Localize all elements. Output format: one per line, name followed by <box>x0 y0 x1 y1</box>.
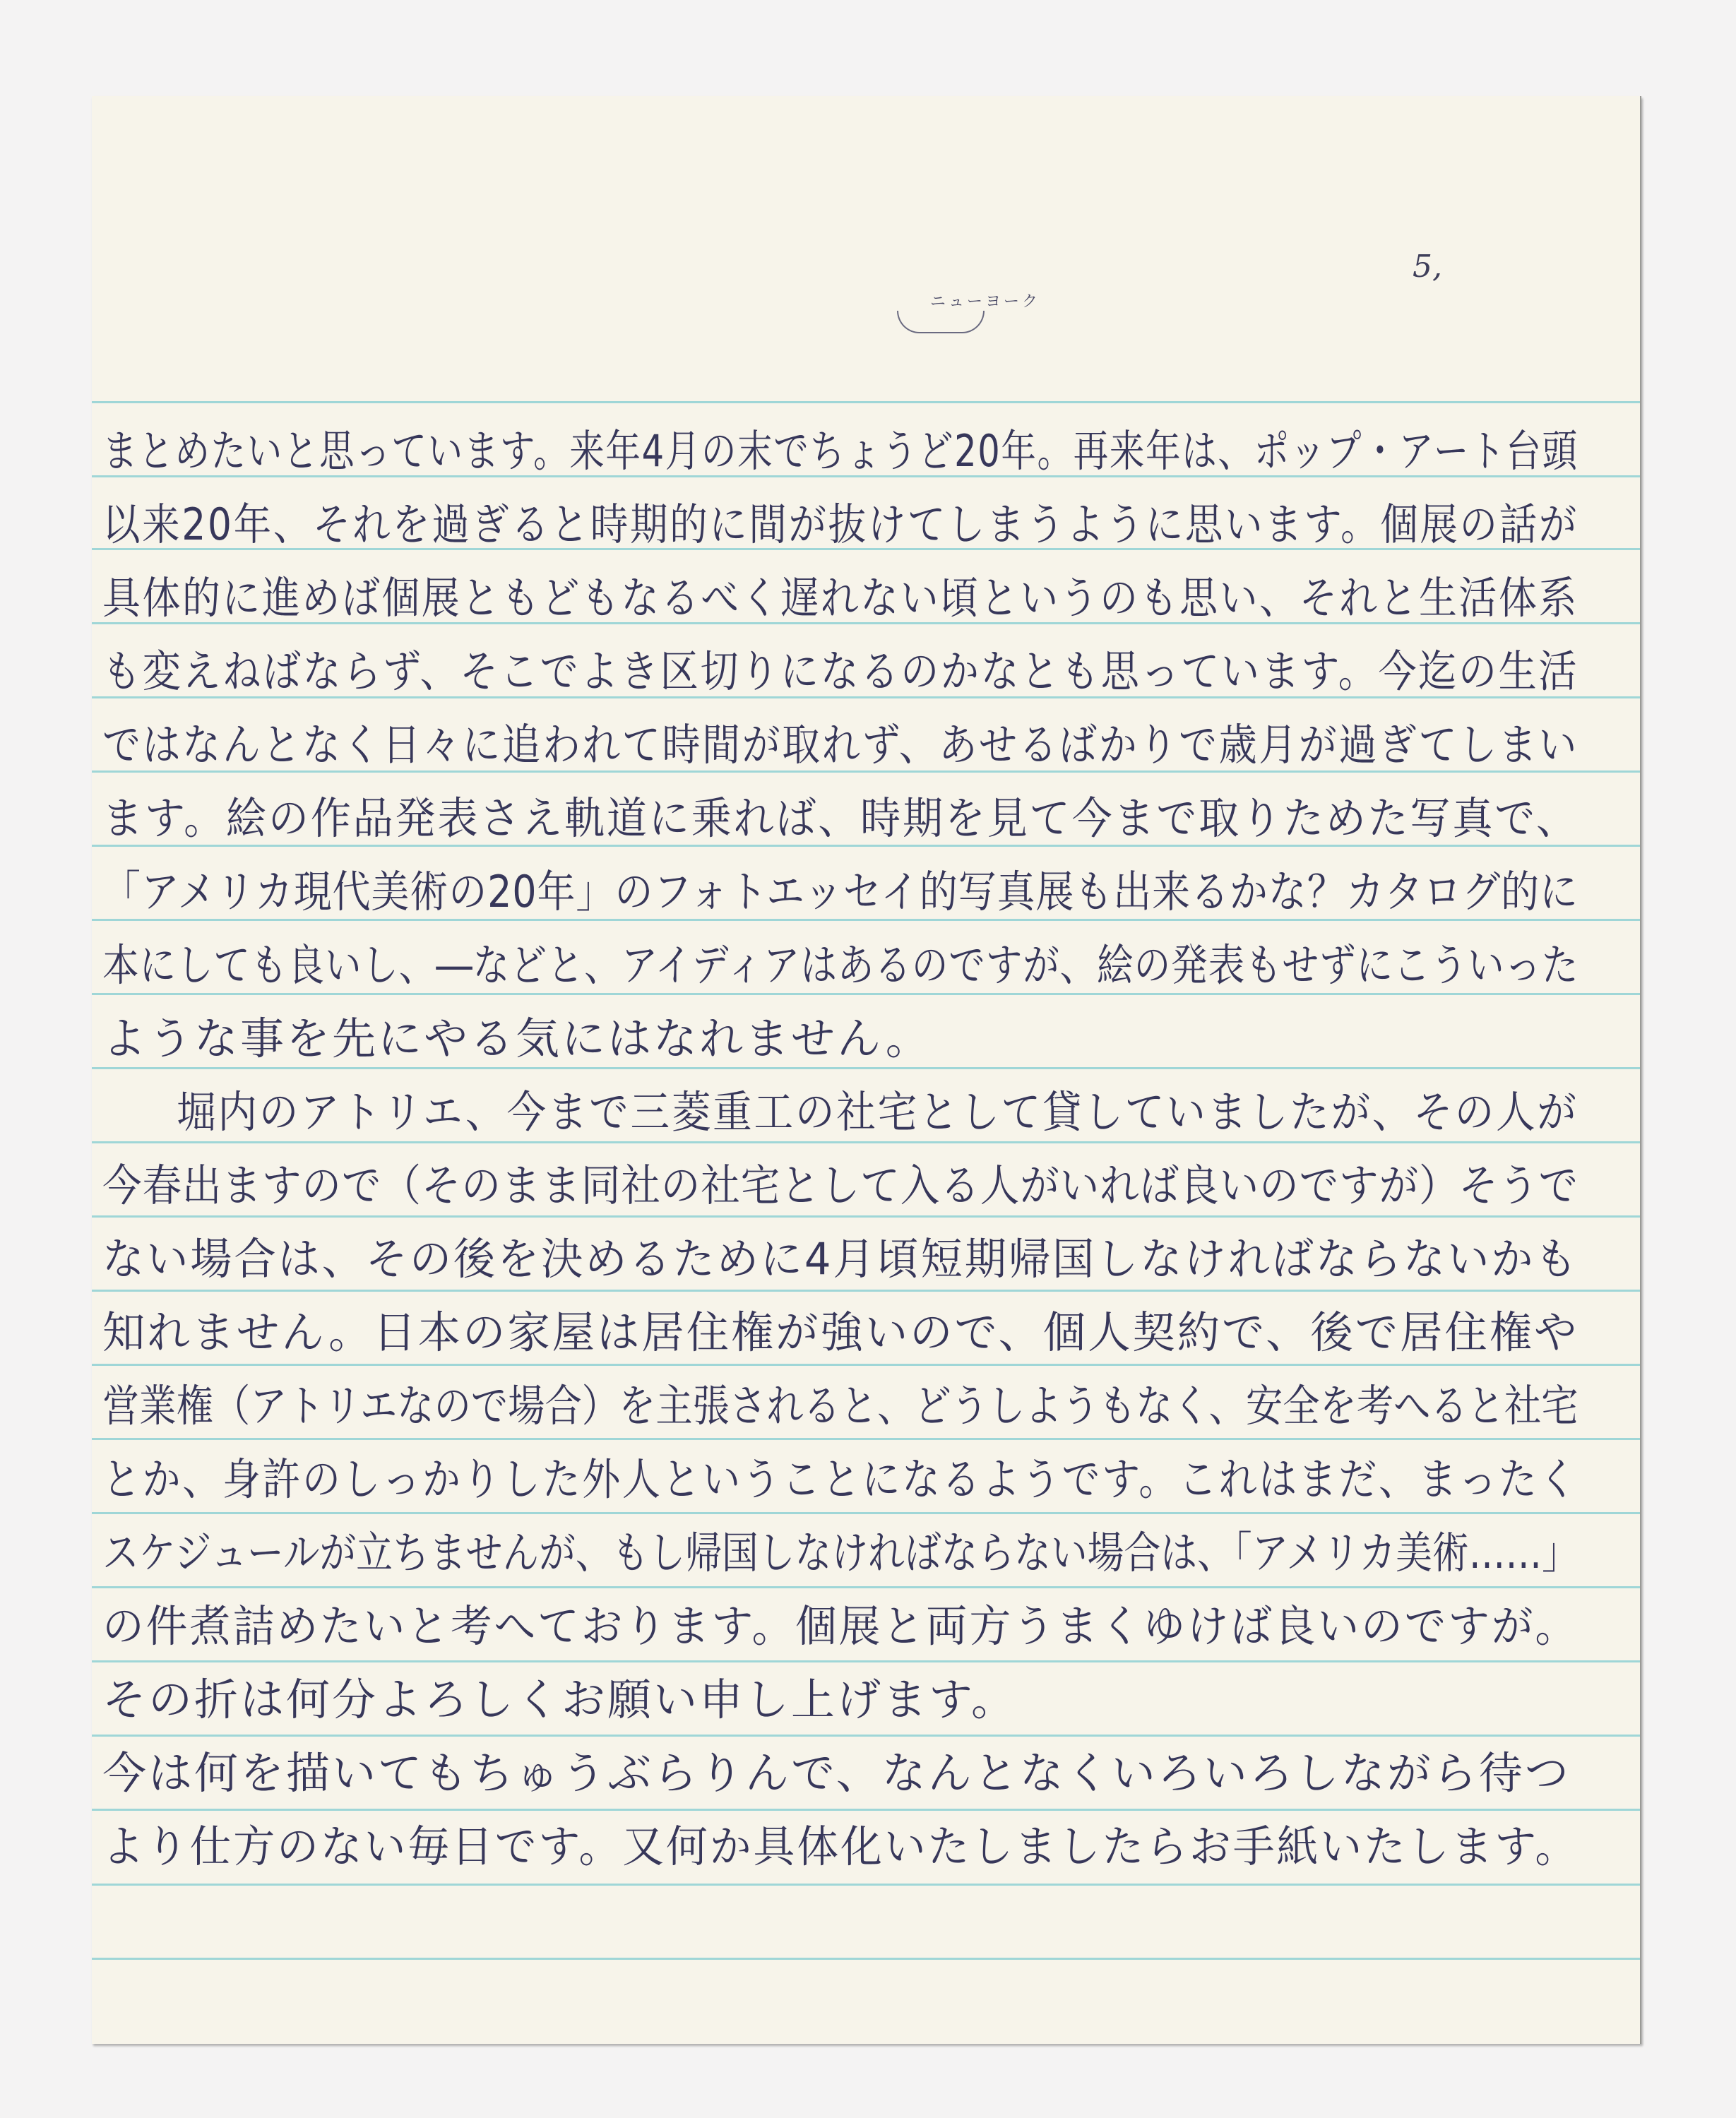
ruled-line <box>92 401 1640 403</box>
letter-line: ない場合は、その後を決めるために4月頃短期帰国しなければならないかも <box>102 1237 1579 1281</box>
ruled-line <box>92 1364 1640 1366</box>
ruled-line <box>92 1067 1640 1069</box>
letter-line: も変えねばならず、そこでよき区切りになるのかなとも思っています。今迄の生活 <box>102 650 1579 694</box>
ruled-line <box>92 1809 1640 1811</box>
ruled-line <box>92 993 1640 995</box>
letter-line: 営業権（アトリエなので場合）を主張されると、どうしようもなく、安全を考へると社宅 <box>102 1384 1579 1428</box>
annotation-brace <box>897 311 985 333</box>
ruled-line <box>92 1586 1640 1588</box>
letter-line: ではなんとなく日々に追われて時間が取れず、あせるばかりで歳月が過ぎてしまい <box>102 723 1579 767</box>
ruled-line <box>92 1735 1640 1737</box>
letter-line: スケジュールが立ちませんが、もし帰国しなければならない場合は、「アメリカ美術……… <box>102 1531 1579 1575</box>
margin-annotation: ニューヨーク <box>930 290 1040 311</box>
ruled-line <box>92 1141 1640 1143</box>
letter-line-paragraph-start: 堀内のアトリエ、今まで三菱重工の社宅として貸していましたが、その人が <box>177 1090 1579 1134</box>
ruled-line <box>92 1884 1640 1886</box>
letter-line: 「アメリカ現代美術の20年」のフォトエッセイ的写真展も出来るかな？カタログ的に <box>102 870 1579 914</box>
ruled-line <box>92 845 1640 847</box>
ruled-line <box>92 919 1640 921</box>
letter-line: 今春出ますので（そのまま同社の社宅として入る人がいれば良いのですが）そうで <box>102 1164 1579 1208</box>
letter-line: まとめたいと思っています。来年4月の末でちょうど20年。再来年は、ポップ・アート… <box>102 429 1579 473</box>
letter-line: ような事を先にやる気にはなれません。 <box>102 1017 932 1061</box>
ruled-line <box>92 771 1640 773</box>
letter-line: 本にしても良いし、―などと、アイディアはあるのですが、絵の発表もせずにこういった <box>102 944 1579 987</box>
page-number: 5, <box>1413 249 1442 285</box>
letter-line: 知れません。日本の家屋は居住権が強いので、個人契約で、後で居住権や <box>102 1311 1579 1355</box>
ruled-line <box>92 1215 1640 1218</box>
letter-line: の件煮詰めたいと考へております。個展と両方うまくゆけば良いのですが。 <box>102 1605 1579 1648</box>
ruled-line <box>92 1290 1640 1292</box>
letter-line: その折は何分よろしくお願い申し上げます。 <box>102 1678 1017 1722</box>
letter-line: 具体的に進めば個展ともどもなるべく遅れない頃というのも思い、それと生活体系 <box>102 576 1579 620</box>
ruled-line <box>92 1660 1640 1662</box>
letter-line: より仕方のない毎日です。又何か具体化いたしましたらお手紙いたします。 <box>102 1825 1579 1869</box>
ruled-line <box>92 1512 1640 1514</box>
ruled-line <box>92 1958 1640 1960</box>
ruled-line <box>92 1438 1640 1440</box>
letter-line: とか、身許のしっかりした外人ということになるようです。これはまだ、まったく <box>102 1458 1579 1501</box>
letter-line: 以来20年、それを過ぎると時期的に間が抜けてしまうように思います。個展の話が <box>102 503 1579 547</box>
letter-line: 今は何を描いてもちゅうぶらりんで、なんとなくいろいろしながら待つ <box>102 1751 1571 1795</box>
letter-line: ます。絵の作品発表さえ軌道に乗れば、時期を見て今まで取りためた写真で、 <box>102 797 1579 840</box>
